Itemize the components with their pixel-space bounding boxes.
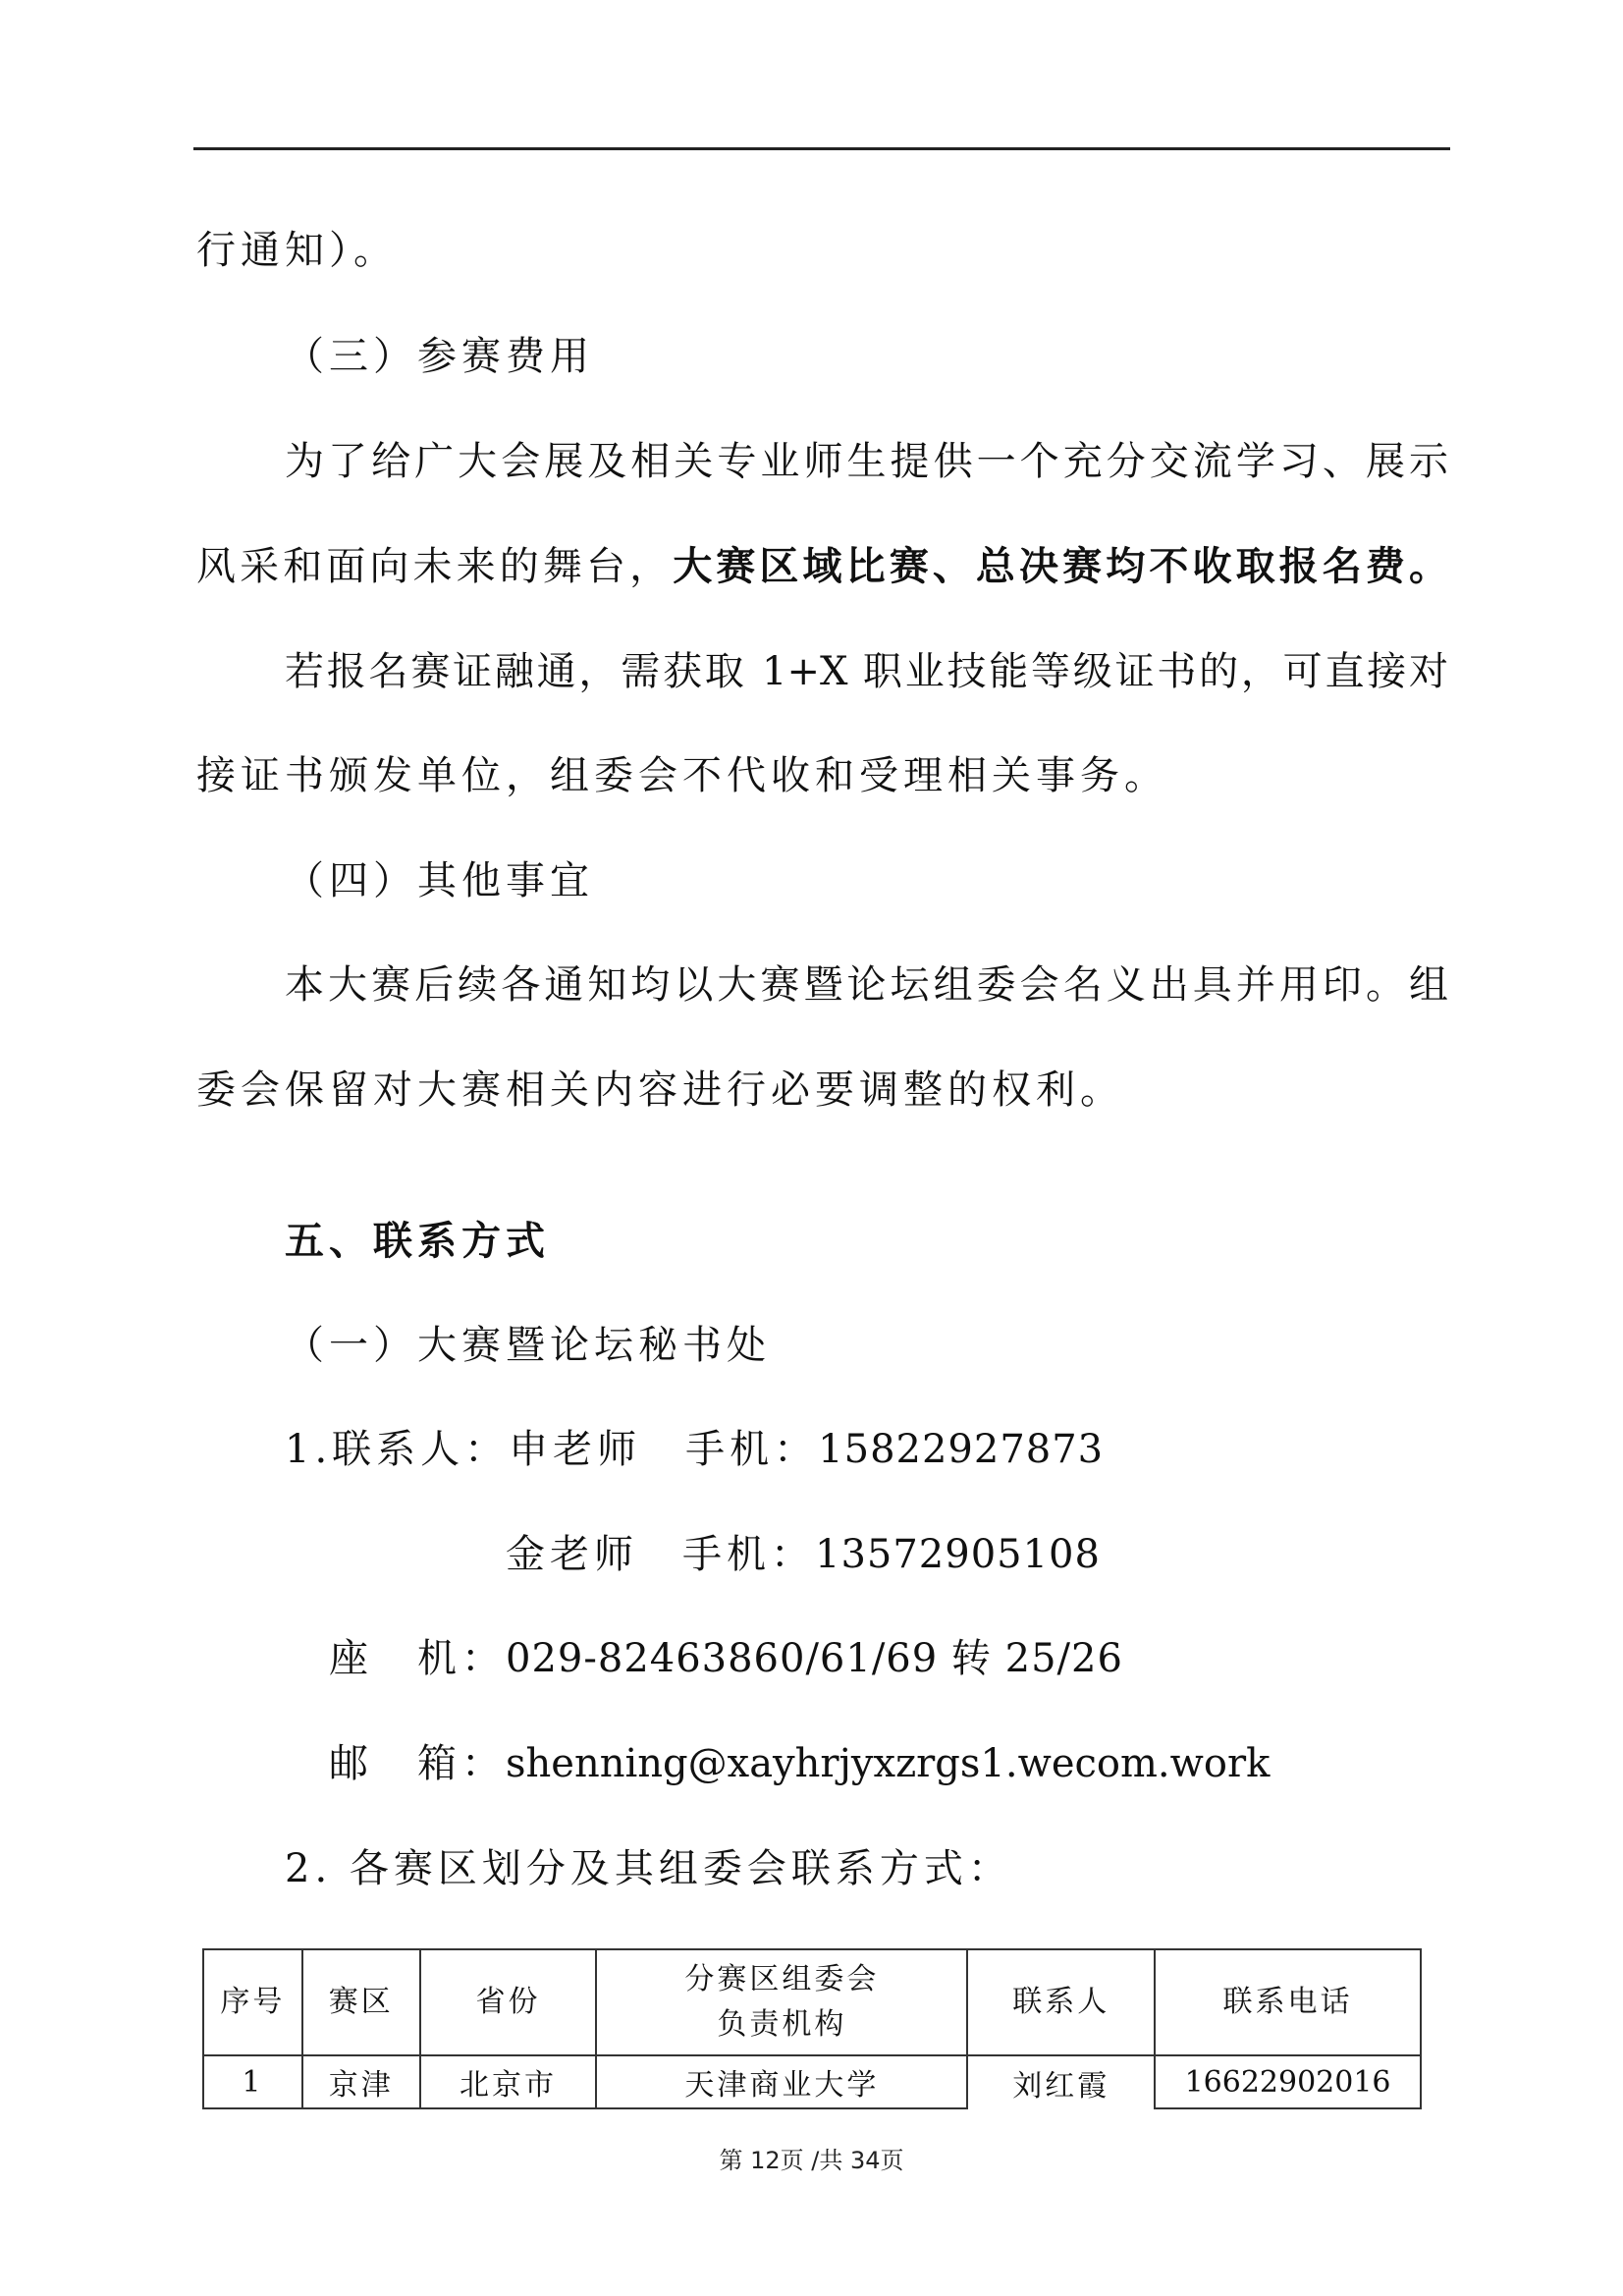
cell-region: 京津: [302, 2055, 420, 2108]
landline-label: 座 机：: [329, 1636, 506, 1681]
col-header-region: 赛区: [302, 1949, 420, 2055]
subheading-fees: （三）参赛费用: [285, 333, 594, 380]
paragraph-cert-line1: 若报名赛证融通，需获取 1+X 职业技能等级证书的，可直接对: [285, 648, 1448, 695]
phone-number[interactable]: 15822927873: [818, 1427, 1104, 1472]
paragraph-cert-line2: 接证书颁发单位，组委会不代收和受理相关事务。: [196, 752, 1168, 799]
paragraph-fees-line1: 为了给广大会展及相关专业师生提供一个充分交流学习、展示: [285, 438, 1448, 485]
cell-contact: 刘红霞: [967, 2055, 1155, 2108]
contact-row-2: 金老师手机：13572905108: [506, 1531, 1101, 1578]
phone-label: 手机：: [685, 1427, 818, 1472]
phone-number[interactable]: 13572905108: [815, 1532, 1101, 1577]
paragraph-fees-line2: 风采和面向未来的舞台，大赛区域比赛、总决赛均不收取报名费。: [196, 543, 1448, 590]
col-header-organizer: 分赛区组委会 负责机构: [596, 1949, 967, 2055]
cell-province: 北京市: [420, 2055, 597, 2108]
email-link[interactable]: shenning@xayhrjyxzrgs1.wecom.work: [506, 1741, 1270, 1786]
cell-phone: 16622902016: [1155, 2055, 1421, 2108]
paragraph-other-line1: 本大赛后续各通知均以大赛暨论坛组委会名义出具并用印。组: [285, 961, 1448, 1009]
paragraph-other-line2: 委会保留对大赛相关内容进行必要调整的权利。: [196, 1066, 1124, 1114]
contact-name: 金老师: [506, 1532, 638, 1577]
regions-table: 序号 赛区 省份 分赛区组委会 负责机构 联系人 联系电话 1 京津 北京市 天…: [202, 1948, 1422, 2109]
landline-row: 座 机：029-82463860/61/69 转 25/26: [329, 1635, 1123, 1682]
col-header-contact: 联系人: [967, 1949, 1155, 2055]
fees-text-bold: 大赛区域比赛、总决赛均不收取报名费。: [673, 543, 1448, 589]
col-header-province: 省份: [420, 1949, 597, 2055]
table-row: 1 京津 北京市 天津商业大学 刘红霞 16622902016: [203, 2055, 1421, 2108]
col-header-index: 序号: [203, 1949, 302, 2055]
subheading-other: （四）其他事宜: [285, 857, 594, 904]
email-label: 邮 箱：: [329, 1741, 506, 1786]
header-rule: [193, 147, 1450, 150]
contact-name: 申老师: [509, 1427, 641, 1472]
col-header-organizer-line1: 分赛区组委会: [597, 1957, 966, 2002]
section-heading-contact: 五、联系方式: [285, 1218, 550, 1265]
phone-label: 手机：: [682, 1532, 815, 1577]
cell-index: 1: [203, 2055, 302, 2108]
landline-number[interactable]: 029-82463860/61/69 转 25/26: [506, 1636, 1123, 1681]
email-row: 邮 箱：shenning@xayhrjyxzrgs1.wecom.work: [329, 1740, 1270, 1787]
subheading-secretariat: （一）大赛暨论坛秘书处: [285, 1322, 771, 1369]
contact-prefix: 1.联系人：: [285, 1427, 509, 1472]
contact-row-1: 1.联系人：申老师手机：15822927873: [285, 1426, 1104, 1473]
fees-text-normal: 风采和面向未来的舞台，: [196, 544, 673, 589]
table-header-row: 序号 赛区 省份 分赛区组委会 负责机构 联系人 联系电话: [203, 1949, 1421, 2055]
col-header-organizer-line2: 负责机构: [597, 2002, 966, 2048]
col-header-phone: 联系电话: [1155, 1949, 1421, 2055]
cell-organizer: 天津商业大学: [596, 2055, 967, 2108]
paragraph-continuation: 行通知）。: [196, 227, 398, 274]
subheading-regions: 2. 各赛区划分及其组委会联系方式：: [285, 1845, 1012, 1892]
page-footer: 第 12页 /共 34页: [0, 2141, 1623, 2175]
